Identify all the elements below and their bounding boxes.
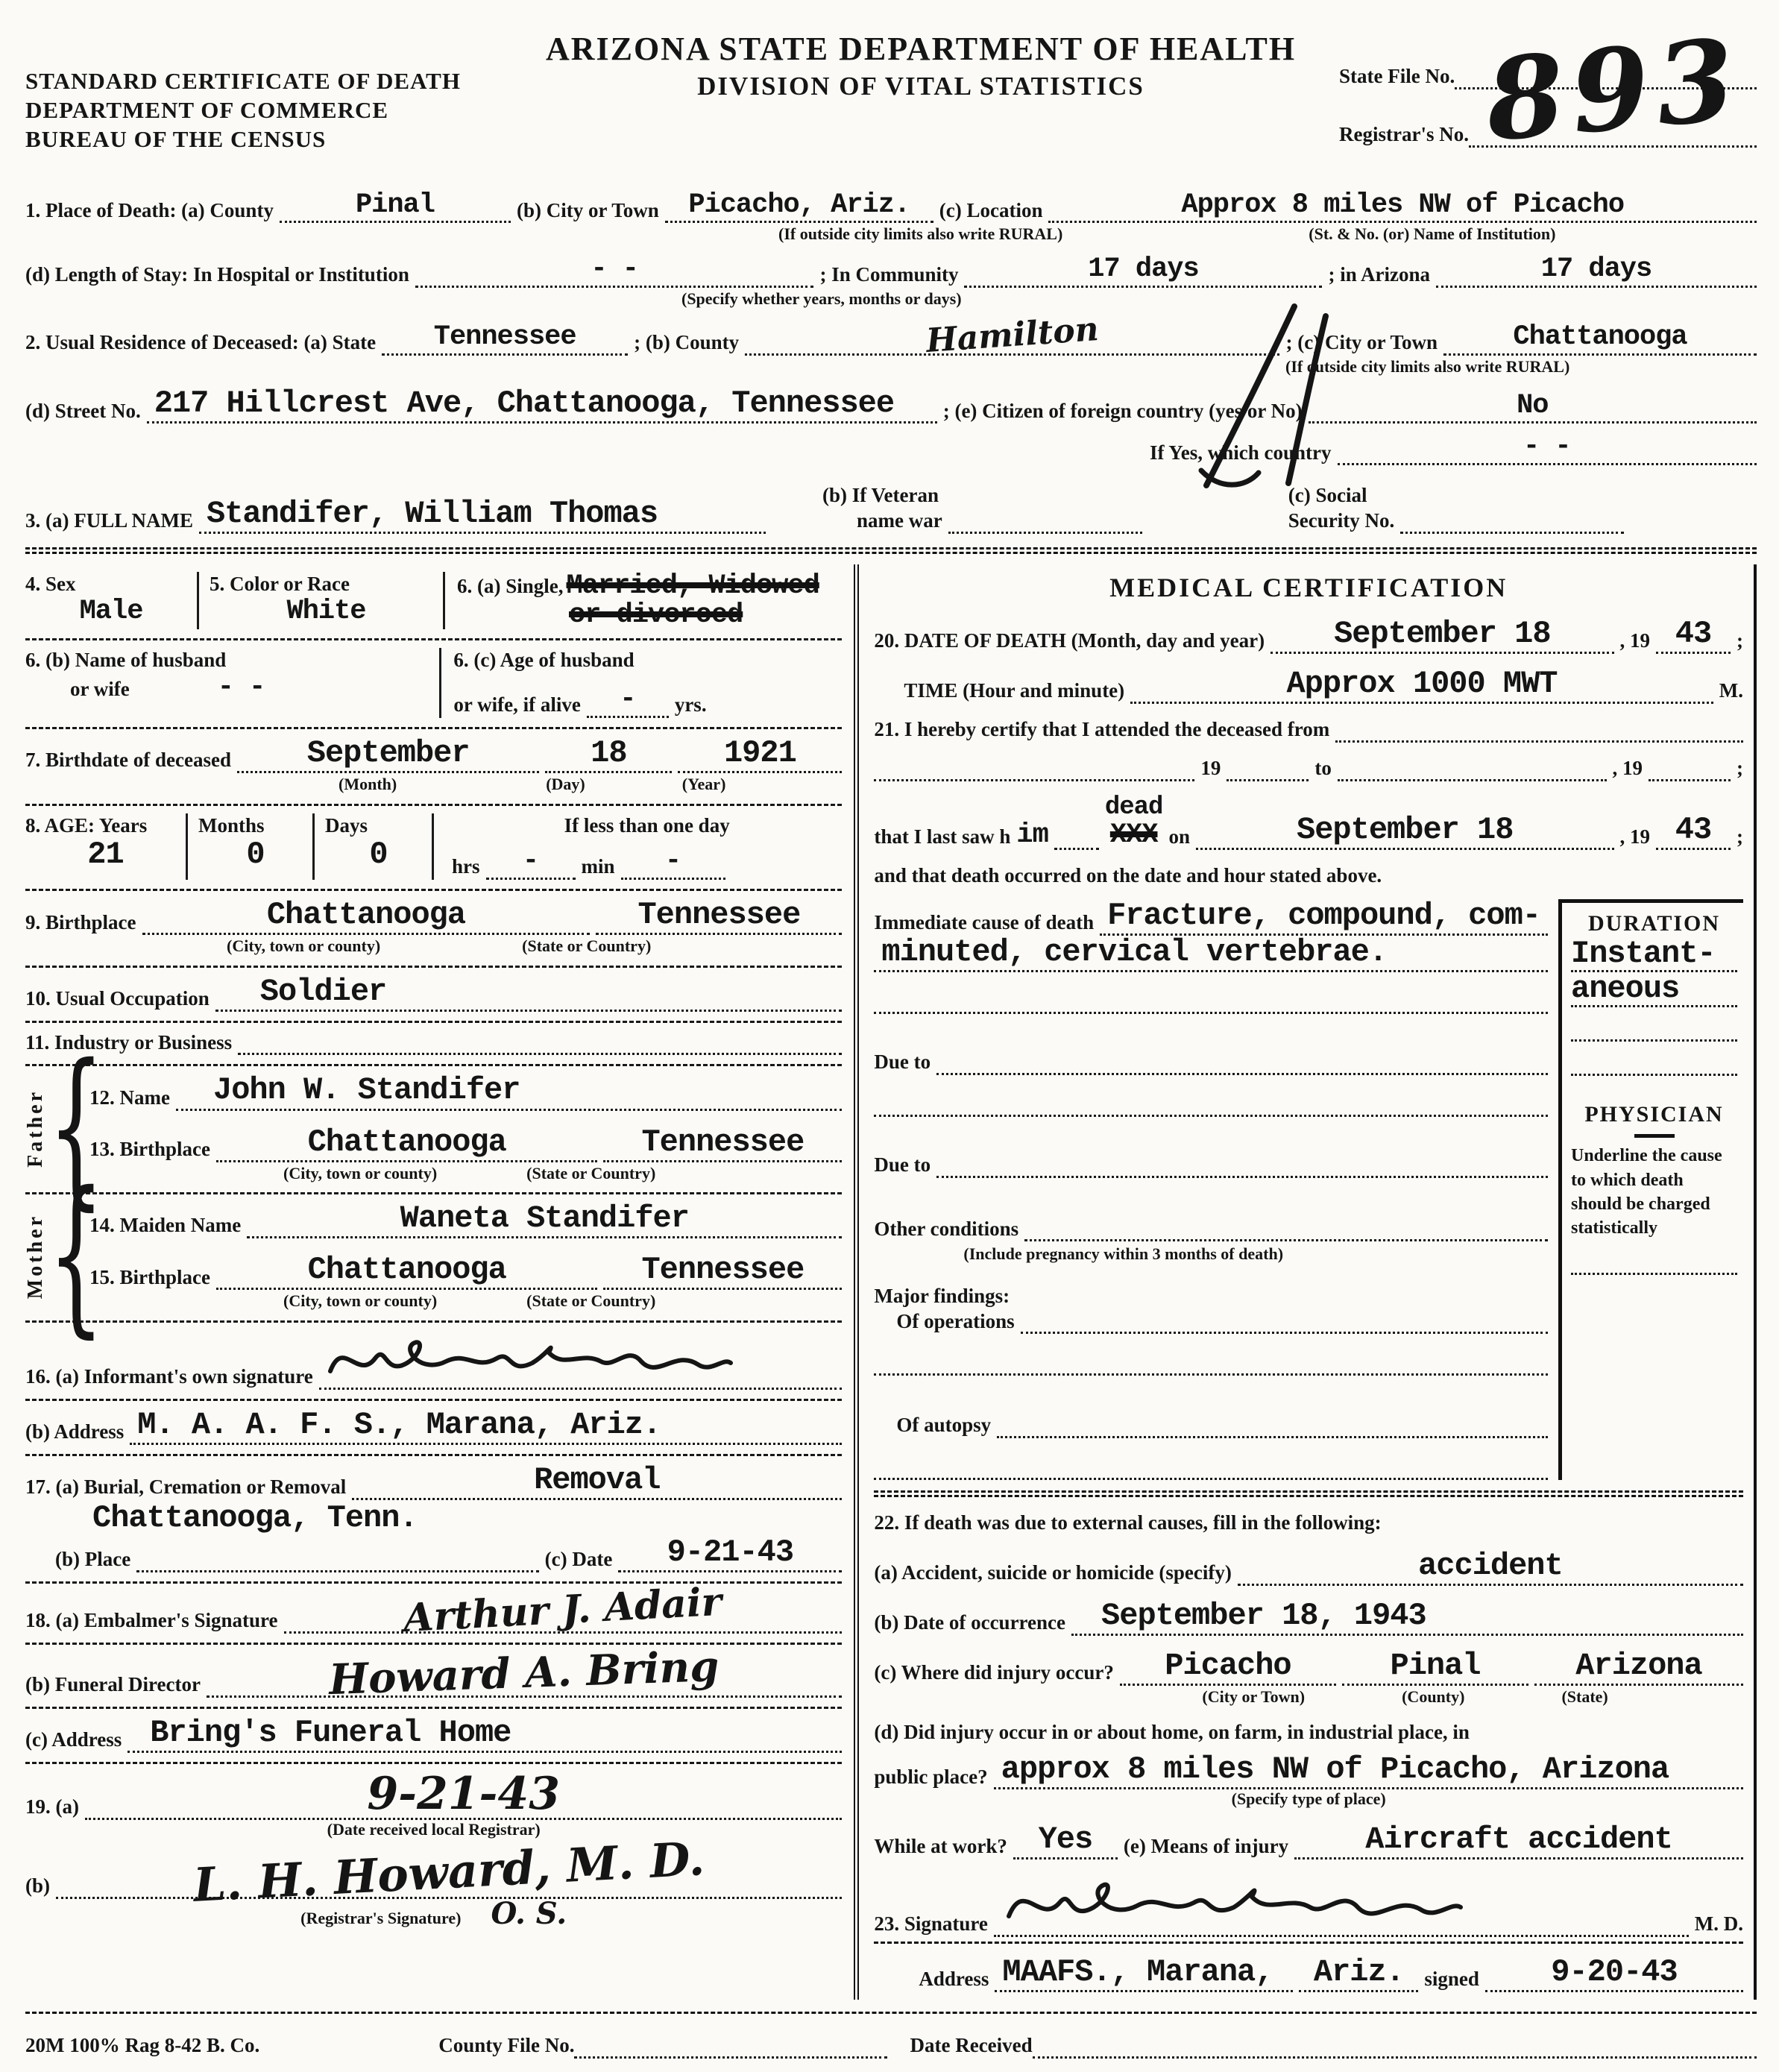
funeral-address-label: (c) Address xyxy=(25,1728,122,1753)
last-saw-typed: im xyxy=(1016,821,1048,850)
veteran-label-2: name war xyxy=(857,508,942,534)
cause-label: Immediate cause of death xyxy=(874,910,1094,936)
cause-row: Immediate cause of death Fracture, compo… xyxy=(874,899,1548,936)
means-label: (e) Means of injury xyxy=(1124,1834,1288,1860)
occupation-value: Soldier xyxy=(215,975,843,1012)
state-file-number: 893 xyxy=(1482,23,1746,157)
which-country-value: - - xyxy=(1338,432,1757,465)
date-of-death-year: 43 xyxy=(1656,617,1731,654)
blank-line xyxy=(1571,1241,1737,1275)
city-note: (If outside city limits also write RURAL… xyxy=(778,224,1062,244)
county-file-label: County File No. xyxy=(438,2033,574,2059)
blank-line xyxy=(574,2056,887,2059)
father-birthplace-row: 13. Birthplace Chattanooga Tennessee xyxy=(89,1126,842,1162)
age-years-cell: 8. AGE: Years 21 xyxy=(25,813,186,881)
last-saw-row: that I last saw h im dead XXX on Septemb… xyxy=(874,795,1743,851)
location-label: (c) Location xyxy=(939,198,1043,224)
father-name-value: John W. Standifer xyxy=(176,1074,842,1110)
date-received-value: 9-21-43 xyxy=(85,1772,842,1820)
veteran-block: (b) If Veteran name war xyxy=(822,483,1142,534)
physician-address-row: Address MAAFS., Marana, Ariz. signed 9-2… xyxy=(874,1956,1743,1992)
blank-line xyxy=(874,972,1548,1014)
md-label: M. D. xyxy=(1695,1912,1743,1937)
which-country-row: If Yes, which country - - xyxy=(25,432,1757,465)
blank-line xyxy=(1021,1332,1548,1334)
city-label: (b) City or Town xyxy=(517,198,659,224)
certificate-body: 4. Sex Male 5. Color or Race White 6. (a… xyxy=(25,564,1757,2000)
occurrence-date-label: (b) Date of occurrence xyxy=(874,1610,1065,1636)
date-received-label: Date Received xyxy=(910,2033,1032,2059)
accident-kind-row: (a) Accident, suicide or homicide (speci… xyxy=(874,1549,1743,1586)
county-handwriting: Hamilton xyxy=(925,313,1100,358)
father-name-row: 12. Name John W. Standifer xyxy=(89,1074,842,1110)
father-section: Father { 12. Name John W. Standifer 13. … xyxy=(25,1064,842,1192)
county-value: Pinal xyxy=(280,191,511,224)
residence-city-value: Chattanooga xyxy=(1443,323,1757,356)
blank-line xyxy=(874,1075,1548,1117)
duration-line1: Instant- xyxy=(1571,937,1737,972)
physician-note: Underline the cause to which death shoul… xyxy=(1571,1144,1737,1241)
marital-struck-1: Married, Widowed xyxy=(567,570,819,602)
cause-line2: minuted, cervical vertebrae. xyxy=(874,936,1548,972)
father-fields: 12. Name John W. Standifer 13. Birthplac… xyxy=(89,1074,842,1183)
semicolon: ; xyxy=(1737,629,1743,654)
state-title: ARIZONA STATE DEPARTMENT OF HEALTH xyxy=(503,30,1339,69)
father-state-note: (State or Country) xyxy=(526,1164,655,1183)
medical-column: MEDICAL CERTIFICATION 20. DATE OF DEATH … xyxy=(854,564,1754,2000)
registrar-no-label: Registrar's No. xyxy=(1339,122,1469,148)
blank-line xyxy=(936,1176,1548,1178)
section-divider xyxy=(25,547,1757,554)
registrar-signature-note: (Registrar's Signature) xyxy=(300,1909,461,1928)
due-to-label-2: Due to xyxy=(874,1153,931,1178)
last-saw-year: 43 xyxy=(1656,813,1731,850)
semicolon: ; xyxy=(1737,825,1743,850)
accident-kind-label: (a) Accident, suicide or homicide (speci… xyxy=(874,1561,1231,1586)
blank-line xyxy=(1649,779,1731,781)
occurrence-date-row: (b) Date of occurrence September 18, 194… xyxy=(874,1599,1743,1636)
time-suffix: M. xyxy=(1719,678,1743,704)
father-side-label: Father xyxy=(25,1089,46,1168)
blank-line xyxy=(1571,1042,1737,1076)
date-of-death-value: September 18 xyxy=(1271,617,1613,654)
signature-icon xyxy=(994,1873,1471,1931)
street-row: (d) Street No. 217 Hillcrest Ave, Chatta… xyxy=(25,387,1757,423)
pen-slash-mark xyxy=(1160,303,1339,493)
birthplace-state-note: (State or Country) xyxy=(522,936,651,956)
age-years-label: 8. AGE: Years xyxy=(25,813,186,839)
due-to-row-1: Due to xyxy=(874,1050,1548,1075)
registrar-signature-value: L. H. Howard, M. D. xyxy=(56,1849,842,1899)
sex-label: 4. Sex xyxy=(25,572,197,597)
marital-label: 6. (a) Single, xyxy=(457,575,564,597)
place-of-death-row: 1. Place of Death: (a) County Pinal (b) … xyxy=(25,191,1757,224)
last-saw-date: September 18 xyxy=(1196,813,1614,850)
public-place-row: public place? approx 8 miles NW of Picac… xyxy=(874,1753,1743,1789)
hospital-stay-value: - - xyxy=(415,255,814,288)
funeral-director-signature: Howard A. Bring xyxy=(207,1652,842,1698)
residence-row: 2. Usual Residence of Deceased: (a) Stat… xyxy=(25,319,1757,356)
location-note: (St. & No. (or) Name of Institution) xyxy=(1309,224,1555,244)
length-of-stay-notes: (Specify whether years, months or days) xyxy=(25,289,1757,309)
community-label: ; In Community xyxy=(819,262,958,288)
due-to-row-2: Due to xyxy=(874,1153,1548,1178)
date-received-note: (Date received local Registrar) xyxy=(25,1820,842,1839)
pen-slash-icon xyxy=(1160,303,1339,489)
spouse-age-label: 6. (c) Age of husband xyxy=(453,648,842,673)
age-days-value: 0 xyxy=(325,838,432,871)
physician-signature-label: 23. Signature xyxy=(874,1912,988,1937)
director-handwriting: Howard A. Bring xyxy=(329,1646,720,1701)
sex-cell: 4. Sex Male xyxy=(25,572,197,630)
funeral-address-row: (c) Address Bring's Funeral Home xyxy=(25,1707,842,1762)
time-label: TIME (Hour and minute) xyxy=(904,678,1124,704)
father-birthplace-state: Tennessee xyxy=(603,1126,842,1162)
informant-address-label: (b) Address xyxy=(25,1420,124,1445)
while-at-work-label: While at work? xyxy=(874,1834,1007,1860)
injury-state-value: Arizona xyxy=(1534,1649,1743,1686)
occupation-label: 10. Usual Occupation xyxy=(25,986,210,1012)
autopsy-row: Of autopsy xyxy=(874,1413,1548,1438)
top-form: 1. Place of Death: (a) County Pinal (b) … xyxy=(25,191,1757,534)
mother-birthplace-city: Chattanooga xyxy=(216,1253,597,1290)
birth-month-value: September xyxy=(237,737,539,773)
age-months-value: 0 xyxy=(198,838,312,871)
time-value: Approx 1000 MWT xyxy=(1130,667,1713,704)
file-number-block: State File No. Registrar's No. 893 xyxy=(1339,64,1757,180)
race-cell: 5. Color or Race White xyxy=(197,572,443,630)
mother-brace: { xyxy=(48,1171,104,1341)
dead-overtype: dead XXX xyxy=(1105,795,1163,851)
date-of-death-label: 20. DATE OF DEATH (Month, day and year) xyxy=(874,629,1265,654)
burial-label: 17. (a) Burial, Cremation or Removal xyxy=(25,1475,346,1500)
signature-icon xyxy=(319,1330,737,1384)
hrs-label: hrs xyxy=(452,854,480,880)
informant-signature-label: 16. (a) Informant's own signature xyxy=(25,1364,313,1390)
age-days-label: Days xyxy=(325,813,432,839)
min-value: - xyxy=(621,847,725,880)
attended-row: 21. I hereby certify that I attended the… xyxy=(874,717,1743,743)
birthplace-city-value: Chattanooga xyxy=(142,898,591,935)
stay-note: (Specify whether years, months or days) xyxy=(681,289,962,309)
mother-section: Mother { 14. Maiden Name Waneta Standife… xyxy=(25,1192,842,1320)
mother-birthplace-label: 15. Birthplace xyxy=(89,1265,210,1291)
public-place-note: (Specify type of place) xyxy=(874,1789,1743,1809)
length-of-stay-row: (d) Length of Stay: In Hospital or Insti… xyxy=(25,255,1757,288)
veteran-label: (b) If Veteran xyxy=(822,483,1142,508)
mother-name-row: 14. Maiden Name Waneta Standifer xyxy=(89,1202,842,1238)
full-name-row: 3. (a) FULL NAME Standifer, William Thom… xyxy=(25,483,1757,534)
age-days-cell: Days 0 xyxy=(312,813,432,881)
street-value: 217 Hillcrest Ave, Chattanooga, Tennesse… xyxy=(147,387,937,423)
autopsy-label: Of autopsy xyxy=(896,1413,991,1438)
other-conditions-note: (Include pregnancy within 3 months of de… xyxy=(963,1244,1548,1264)
attended-to: to xyxy=(1314,756,1332,781)
blank-line xyxy=(1227,779,1309,781)
duration-line2: aneous xyxy=(1571,972,1737,1007)
funeral-address-value: Bring's Funeral Home xyxy=(127,1716,842,1753)
place-of-death-label: 1. Place of Death: (a) County xyxy=(25,198,274,224)
means-value: Aircraft accident xyxy=(1294,1823,1743,1860)
funeral-director-row: (b) Funeral Director Howard A. Bring xyxy=(25,1643,842,1707)
month-note: (Month) xyxy=(339,775,397,794)
length-of-stay-label: (d) Length of Stay: In Hospital or Insti… xyxy=(25,262,409,288)
spouse-label-2: or wife xyxy=(70,677,130,702)
department-line: DEPARTMENT OF COMMERCE xyxy=(25,96,503,125)
blank-line xyxy=(1571,1007,1737,1042)
full-name-value: Standifer, William Thomas xyxy=(199,497,766,534)
blank-line xyxy=(874,1438,1548,1480)
blank-line xyxy=(936,1073,1548,1075)
certificate-header: STANDARD CERTIFICATE OF DEATH DEPARTMENT… xyxy=(25,19,1757,180)
year-note: (Year) xyxy=(682,775,726,794)
age-row: 8. AGE: Years 21 Months 0 Days 0 If less… xyxy=(25,804,842,889)
date-signed-value: 9-20-43 xyxy=(1485,1956,1743,1992)
physician-address-label: Address xyxy=(919,1967,989,1992)
struck-word: XXX xyxy=(1110,821,1158,850)
burial-method-value: Removal xyxy=(352,1464,842,1500)
state-header-block: ARIZONA STATE DEPARTMENT OF HEALTH DIVIS… xyxy=(503,30,1339,103)
registrar-a-label: 19. (a) xyxy=(25,1795,79,1820)
external-causes-divider xyxy=(874,1490,1743,1497)
place-of-death-notes: (If outside city limits also write RURAL… xyxy=(25,224,1757,244)
occupation-row: 10. Usual Occupation Soldier xyxy=(25,966,842,1021)
birthdate-row: 7. Birthdate of deceased September 18 19… xyxy=(25,727,842,803)
stock-note: 20M 100% Rag 8-42 B. Co. xyxy=(25,2033,259,2059)
mother-side-label: Mother xyxy=(25,1214,46,1299)
physician-title: PHYSICIAN xyxy=(1571,1101,1737,1128)
birthplace-state-value: Tennessee xyxy=(596,898,842,935)
yrs-label: yrs. xyxy=(675,693,707,718)
sex-race-marital-row: 4. Sex Male 5. Color or Race White 6. (a… xyxy=(25,564,842,639)
physician-address-state: Ariz. xyxy=(1299,1956,1418,1992)
death-certificate-scan: STANDARD CERTIFICATE OF DEATH DEPARTMENT… xyxy=(0,0,1779,2072)
bureau-line: BUREAU OF THE CENSUS xyxy=(25,125,503,154)
spouse-row: 6. (b) Name of husband or wife - - 6. (c… xyxy=(25,638,842,727)
embalmer-signature: Arthur J. Adair xyxy=(284,1591,843,1634)
embalmer-label: 18. (a) Embalmer's Signature xyxy=(25,1608,278,1634)
injury-city-note: (City or Town) xyxy=(1202,1687,1305,1707)
time-of-death-row: TIME (Hour and minute) Approx 1000 MWT M… xyxy=(874,667,1743,704)
father-birthplace-label: 13. Birthplace xyxy=(89,1137,210,1162)
due-to-label-1: Due to xyxy=(874,1050,931,1075)
attended-label: 21. I hereby certify that I attended the… xyxy=(874,717,1329,743)
injury-location-label: (c) Where did injury occur? xyxy=(874,1660,1113,1686)
injury-location-row: (c) Where did injury occur? Picacho Pina… xyxy=(874,1649,1743,1707)
spouse-name-cell: 6. (b) Name of husband or wife - - xyxy=(25,648,439,718)
injury-state-note: (State) xyxy=(1561,1687,1608,1707)
injury-home-label: (d) Did injury occur in or about home, o… xyxy=(874,1720,1743,1745)
signed-label: signed xyxy=(1424,1967,1479,1992)
location-value: Approx 8 miles NW of Picacho xyxy=(1048,191,1757,224)
injury-city-value: Picacho xyxy=(1120,1649,1336,1686)
cause-line1: Fracture, compound, com- xyxy=(1100,899,1548,936)
mother-birthplace-state: Tennessee xyxy=(603,1253,842,1290)
age-months-label: Months xyxy=(198,813,312,839)
birth-day-value: 18 xyxy=(545,737,672,773)
blank-line xyxy=(948,532,1142,534)
division-title: DIVISION OF VITAL STATISTICS xyxy=(503,69,1339,104)
arizona-label: ; in Arizona xyxy=(1328,262,1430,288)
physician-signature-handwriting xyxy=(994,1873,1689,1937)
blank-line xyxy=(1033,2056,1757,2059)
major-findings-label: Major findings: xyxy=(874,1284,1548,1309)
mother-side: Mother { xyxy=(25,1202,89,1311)
marital-struck-2: or divorced xyxy=(569,601,842,630)
day-note: (Day) xyxy=(546,775,585,794)
occurrence-date-value: September 18, 1943 xyxy=(1071,1599,1743,1636)
date-of-death-row: 20. DATE OF DEATH (Month, day and year) … xyxy=(874,617,1743,654)
residence-state-value: Tennessee xyxy=(382,323,628,356)
marital-cell: 6. (a) Single, Married, Widowed or divor… xyxy=(443,572,842,630)
blank-line xyxy=(997,1436,1548,1438)
issuing-agency-block: STANDARD CERTIFICATE OF DEATH DEPARTMENT… xyxy=(25,67,503,154)
mother-city-note: (City, town or county) xyxy=(283,1291,437,1311)
father-birthplace-city: Chattanooga xyxy=(216,1126,597,1162)
arizona-stay-value: 17 days xyxy=(1436,255,1757,288)
race-value: White xyxy=(210,597,443,626)
attended-dates-row: 19 to , 19 ; xyxy=(874,756,1743,781)
burial-place-typed: Chattanooga, Tenn. xyxy=(92,1502,842,1534)
less-than-day-cell: If less than one day hrs - min - xyxy=(432,813,842,881)
ssn-label-2: Security No. xyxy=(1288,508,1394,534)
state-file-label: State File No. xyxy=(1339,64,1455,89)
year-prefix: , 19 xyxy=(1620,629,1651,654)
while-at-work-row: While at work? Yes (e) Means of injury A… xyxy=(874,1823,1743,1860)
burial-row: 17. (a) Burial, Cremation or Removal Rem… xyxy=(25,1454,842,1581)
blank-line xyxy=(1335,740,1743,743)
informant-address-row: (b) Address M. A. A. F. S., Marana, Ariz… xyxy=(25,1399,842,1454)
mother-birthplace-row: 15. Birthplace Chattanooga Tennessee xyxy=(89,1253,842,1290)
embalmer-row: 18. (a) Embalmer's Signature Arthur J. A… xyxy=(25,1581,842,1643)
dead-typed: dead xyxy=(1105,795,1163,822)
public-place-value: approx 8 miles NW of Picacho, Arizona xyxy=(994,1753,1743,1789)
birthplace-row: 9. Birthplace Chattanooga Tennessee (Cit… xyxy=(25,889,842,965)
form-title: STANDARD CERTIFICATE OF DEATH xyxy=(25,67,503,96)
semicolon: ; xyxy=(1737,756,1743,781)
date-received-handwriting: 9-21-43 xyxy=(367,1768,560,1820)
other-conditions-label: Other conditions xyxy=(874,1217,1018,1242)
registrar-received-row: 19. (a) 9-21-43 (Date received local Reg… xyxy=(25,1762,842,1848)
mother-name-label: 14. Maiden Name xyxy=(89,1213,241,1238)
birth-year-value: 1921 xyxy=(678,737,842,773)
occurred-label: and that death occurred on the date and … xyxy=(874,863,1743,889)
residence-county-label: ; (b) County xyxy=(634,330,739,356)
public-place-label: public place? xyxy=(874,1765,987,1790)
street-label: (d) Street No. xyxy=(25,399,141,424)
age-years-value: 21 xyxy=(25,838,186,871)
blank-line xyxy=(1338,779,1607,781)
spouse-label: 6. (b) Name of husband xyxy=(25,648,439,673)
birthplace-label: 9. Birthplace xyxy=(25,910,136,936)
registrar-b-label: (b) xyxy=(25,1874,50,1899)
blank-line xyxy=(238,1053,842,1055)
birthplace-city-note: (City, town or county) xyxy=(227,936,380,956)
industry-row: 11. Industry or Business xyxy=(25,1021,842,1065)
medical-certification-title: MEDICAL CERTIFICATION xyxy=(874,572,1743,604)
spouse-age-value: - xyxy=(587,685,669,718)
physician-dash xyxy=(1634,1134,1675,1138)
city-value: Picacho, Ariz. xyxy=(665,191,933,224)
last-saw-label: that I last saw h xyxy=(874,825,1010,850)
blank-line xyxy=(1024,1239,1548,1241)
burial-date-value: 9-21-43 xyxy=(618,1536,842,1572)
min-label: min xyxy=(582,854,615,880)
registrar-suffix-handwriting: O. S. xyxy=(491,1899,567,1929)
citizen-value: No xyxy=(1309,391,1757,424)
while-at-work-value: Yes xyxy=(1013,1823,1118,1860)
attended-19b: , 19 xyxy=(1613,756,1643,781)
mother-state-note: (State or Country) xyxy=(526,1291,655,1311)
informant-address-value: M. A. A. F. S., Marana, Ariz. xyxy=(130,1408,842,1445)
informant-signature-handwriting xyxy=(319,1330,843,1390)
accident-kind-value: accident xyxy=(1238,1549,1743,1586)
spouse-age-label-2: or wife, if alive xyxy=(453,693,580,718)
cause-main: Immediate cause of death Fracture, compo… xyxy=(874,899,1558,1480)
residence-label: 2. Usual Residence of Deceased: (a) Stat… xyxy=(25,330,376,356)
mother-fields: 14. Maiden Name Waneta Standifer 15. Bir… xyxy=(89,1202,842,1311)
on-label: on xyxy=(1168,825,1190,850)
embalmer-handwriting: Arthur J. Adair xyxy=(403,1583,722,1638)
age-months-cell: Months 0 xyxy=(186,813,312,881)
burial-place-label: (b) Place xyxy=(55,1547,130,1572)
physician-address-value: MAAFS., Marana, xyxy=(995,1956,1293,1992)
less-day-label: If less than one day xyxy=(452,813,842,839)
community-stay-value: 17 days xyxy=(964,255,1322,288)
blank-line xyxy=(136,1570,538,1572)
footer: 20M 100% Rag 8-42 B. Co. County File No.… xyxy=(25,2012,1757,2059)
blank-line xyxy=(874,1334,1548,1376)
injury-county-note: (County) xyxy=(1402,1687,1464,1707)
funeral-director-label: (b) Funeral Director xyxy=(25,1672,201,1698)
operations-row: Of operations xyxy=(874,1309,1548,1335)
blank-line xyxy=(1054,848,1099,850)
mother-name-value: Waneta Standifer xyxy=(247,1202,842,1238)
other-conditions-row: Other conditions xyxy=(874,1217,1548,1242)
informant-signature-row: 16. (a) Informant's own signature xyxy=(25,1320,842,1399)
birthdate-label: 7. Birthdate of deceased xyxy=(25,748,231,773)
burial-date-label: (c) Date xyxy=(545,1547,613,1572)
attended-19a: 19 xyxy=(1200,756,1221,781)
duration-title: DURATION xyxy=(1571,910,1737,937)
spouse-age-cell: 6. (c) Age of husband or wife, if alive … xyxy=(439,648,842,718)
duration-physician-box: DURATION Instant- aneous PHYSICIAN Under… xyxy=(1558,899,1743,1480)
father-city-note: (City, town or county) xyxy=(283,1164,437,1183)
blank-line xyxy=(874,779,1194,781)
spouse-value: - - xyxy=(218,673,265,702)
injury-county-value: Pinal xyxy=(1342,1649,1528,1686)
full-name-label: 3. (a) FULL NAME xyxy=(25,508,193,534)
hrs-value: - xyxy=(486,847,576,880)
physician-signature-row: 23. Signature M. D. xyxy=(874,1873,1743,1944)
year-prefix-2: , 19 xyxy=(1620,825,1651,850)
registrar-signature-row: (b) L. H. Howard, M. D. (Registrar's Sig… xyxy=(25,1849,842,1938)
operations-label: Of operations xyxy=(896,1309,1014,1335)
blank-line xyxy=(1400,532,1624,534)
external-intro: 22. If death was due to external causes,… xyxy=(874,1511,1743,1536)
personal-column: 4. Sex Male 5. Color or Race White 6. (a… xyxy=(25,564,854,2000)
sex-value: Male xyxy=(25,597,197,626)
residence-notes: (If outside city limits also write RURAL… xyxy=(25,357,1757,377)
cause-and-duration: Immediate cause of death Fracture, compo… xyxy=(874,899,1743,1480)
race-label: 5. Color or Race xyxy=(210,572,443,597)
